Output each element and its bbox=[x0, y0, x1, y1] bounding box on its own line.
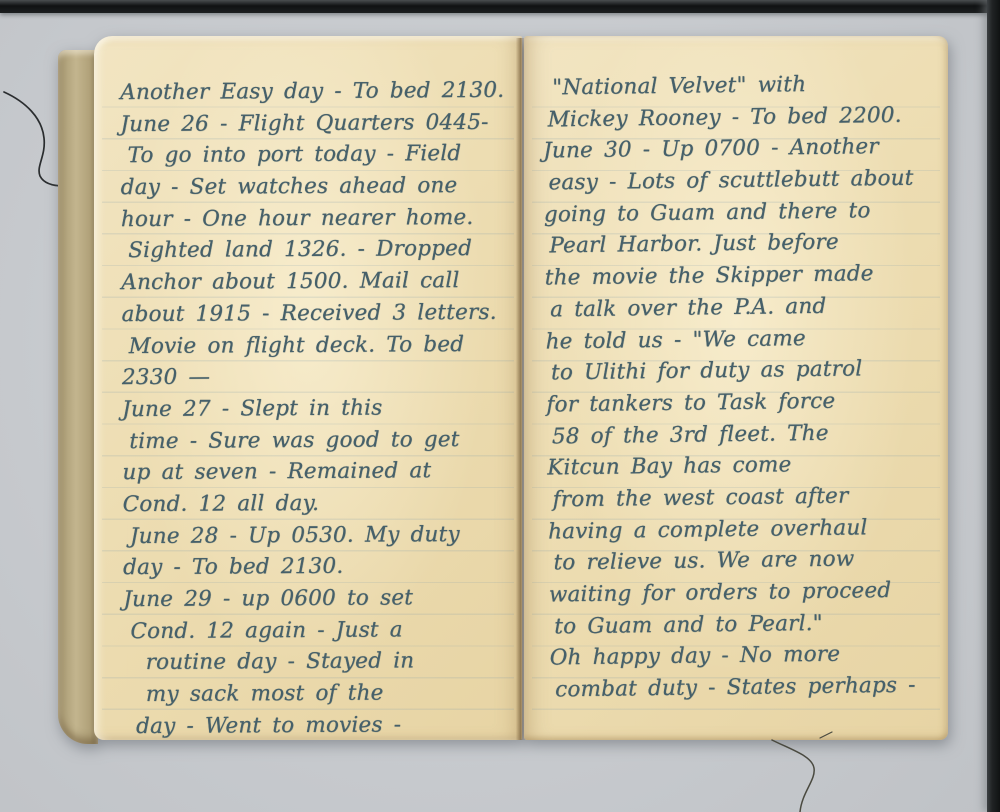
handwritten-line: Anchor about 1500. Mail call bbox=[121, 265, 515, 299]
handwritten-line: my sack most of the bbox=[124, 677, 518, 711]
handwritten-line: day - Went to movies - bbox=[124, 708, 518, 742]
handwritten-line: having a complete overhaul bbox=[548, 511, 946, 548]
handwritten-line: a talk over the P.A. and bbox=[545, 289, 943, 326]
handwritten-line: Pearl Harbor. Just before bbox=[544, 226, 942, 263]
diary-right-page: "National Velvet" withMickey Rooney - To… bbox=[524, 36, 948, 740]
handwritten-line: June 28 - Up 0530. My duty bbox=[123, 518, 517, 552]
handwritten-line: from the west coast after bbox=[547, 479, 945, 516]
right-page-handwriting: "National Velvet" withMickey Rooney - To… bbox=[520, 33, 953, 706]
handwritten-line: June 29 - up 0600 to set bbox=[123, 582, 517, 616]
handwritten-line: to Guam and to Pearl." bbox=[549, 606, 947, 643]
handwritten-line: 58 of the 3rd fleet. The bbox=[547, 416, 945, 453]
scanner-edge-top bbox=[0, 0, 1000, 13]
handwritten-line: day - To bed 2130. bbox=[123, 550, 517, 584]
handwritten-line: Cond. 12 again - Just a bbox=[123, 613, 517, 647]
handwritten-line: to Ulithi for duty as patrol bbox=[546, 352, 944, 389]
handwritten-line: to relieve us. We are now bbox=[548, 543, 946, 580]
diary-left-page: Another Easy day - To bed 2130.June 26 -… bbox=[94, 36, 522, 740]
handwritten-line: easy - Lots of scuttlebutt about bbox=[543, 162, 941, 199]
handwritten-line: Kitcun Bay has come bbox=[547, 448, 945, 485]
handwritten-line: going to Guam and there to bbox=[544, 194, 942, 231]
handwritten-line: up at seven - Remained at bbox=[122, 455, 516, 489]
scanner-edge-right bbox=[987, 0, 1000, 812]
open-diary-book: Another Easy day - To bed 2130.June 26 -… bbox=[58, 36, 948, 746]
handwritten-line: June 30 - Up 0700 - Another bbox=[543, 131, 941, 168]
handwritten-line: hour - One hour nearer home. bbox=[121, 201, 515, 235]
handwritten-line: To go into port today - Field bbox=[120, 138, 514, 172]
handwritten-line: he told us - "We came bbox=[545, 321, 943, 358]
handwritten-line: Another Easy day - To bed 2130. bbox=[120, 75, 514, 109]
handwritten-line: about 1915 - Received 3 letters. bbox=[121, 297, 515, 331]
scanned-diary-photo: Another Easy day - To bed 2130.June 26 -… bbox=[0, 0, 1000, 812]
handwritten-line: the movie the Skipper made bbox=[545, 257, 943, 294]
handwritten-line: 2330 — bbox=[122, 360, 516, 394]
handwritten-line: routine day - Stayed in bbox=[124, 645, 518, 679]
handwritten-line: combat duty - States perhaps - bbox=[550, 669, 948, 706]
handwritten-line: June 27 - Slept in this bbox=[122, 392, 516, 426]
handwritten-line: Sighted land 1326. - Dropped bbox=[121, 233, 515, 267]
handwritten-line: time - Sure was good to get bbox=[122, 423, 516, 457]
handwritten-line: day - Set watches ahead one bbox=[121, 170, 515, 204]
handwritten-line: for tankers to Task force bbox=[546, 384, 944, 421]
handwritten-line: waiting for orders to proceed bbox=[549, 574, 947, 611]
handwritten-line: Oh happy day - No more bbox=[550, 638, 948, 675]
handwritten-line: Cond. 12 all day. bbox=[123, 487, 517, 521]
handwritten-line: Movie on flight deck. To bed bbox=[122, 328, 516, 362]
handwritten-line: Mickey Rooney - To bed 2200. bbox=[543, 99, 941, 136]
handwritten-line: June 26 - Flight Quarters 0445- bbox=[120, 106, 514, 140]
left-page-handwriting: Another Easy day - To bed 2130.June 26 -… bbox=[92, 35, 524, 743]
handwritten-line: "National Velvet" with bbox=[542, 67, 940, 104]
